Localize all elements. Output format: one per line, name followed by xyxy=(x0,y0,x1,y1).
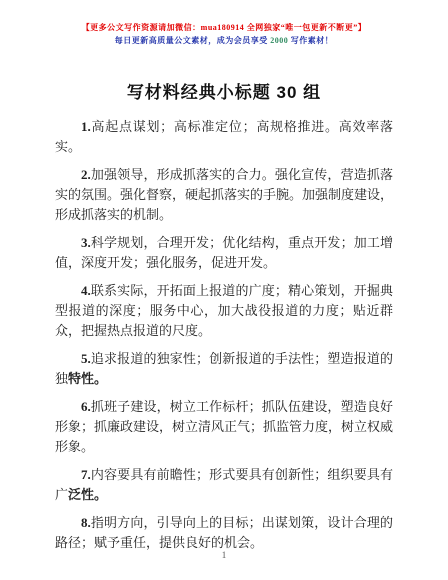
promo-line-1: 【更多公文写作资源请加微信：mua180914 全网独家“唯一包更新不断更”】 xyxy=(0,22,448,33)
paragraph-7-number: 7. xyxy=(81,467,91,482)
paragraph-7: 7.内容要具有前瞻性；形式要具有创新性；组织要具有广泛性。 xyxy=(55,465,393,505)
paragraph-2: 2.加强领导，形成抓落实的合力。强化宣传，营造抓落实的氛围。强化督察，硬起抓落实… xyxy=(55,165,393,225)
promo-header: 【更多公文写作资源请加微信：mua180914 全网独家“唯一包更新不断更”】 … xyxy=(0,0,448,46)
paragraph-6-number: 6. xyxy=(81,399,91,414)
paragraph-3-number: 3. xyxy=(81,235,91,250)
paragraph-1-text: 高起点谋划；高标准定位；高规格推进。高效率落实。 xyxy=(55,119,393,154)
paragraph-6-text: 抓班子建设，树立工作标杆；抓队伍建设，塑造良好形象；抓廉政建设，树立清风正气；抓… xyxy=(55,399,393,454)
paragraph-7-bold-tail: 泛性。 xyxy=(68,487,107,502)
promo-line-2-post: 写作素材！ xyxy=(288,36,333,45)
page-title: 写材料经典小标题 30 组 xyxy=(0,78,448,103)
paragraph-5-bold-tail: 特性。 xyxy=(68,371,107,386)
promo-line-2-pre: 每日更新高质量公文素材，成为会员享受 xyxy=(115,36,271,45)
paragraph-3-text: 科学规划，合理开发；优化结构，重点开发；加工增值，深度开发；强化服务，促进开发。 xyxy=(55,235,393,270)
paragraph-2-text: 加强领导，形成抓落实的合力。强化宣传，营造抓落实的氛围。强化督察，硬起抓落实的手… xyxy=(55,167,393,222)
paragraph-8-number: 8. xyxy=(81,515,91,530)
paragraph-6: 6.抓班子建设，树立工作标杆；抓队伍建设，塑造良好形象；抓廉政建设，树立清风正气… xyxy=(55,397,393,457)
paragraph-5: 5.追求报道的独家性；创新报道的手法性；塑造报道的独特性。 xyxy=(55,349,393,389)
document-body: 1.高起点谋划；高标准定位；高规格推进。高效率落实。 2.加强领导，形成抓落实的… xyxy=(55,117,393,553)
page-number: 1 xyxy=(222,550,227,560)
paragraph-2-number: 2. xyxy=(81,167,91,182)
page-footer: 1 xyxy=(0,550,448,560)
promo-line-2: 每日更新高质量公文素材，成为会员享受 2000 写作素材！ xyxy=(0,35,448,46)
paragraph-4: 4.联系实际，开拓面上报道的广度；精心策划，开掘典型报道的深度；服务中心，加大战… xyxy=(55,281,393,341)
paragraph-8: 8.指明方向，引导向上的目标；出谋划策，设计合理的路径；赋予重任，提供良好的机会… xyxy=(55,513,393,553)
paragraph-4-number: 4. xyxy=(81,283,91,298)
promo-line-2-count: 2000 xyxy=(270,36,288,45)
paragraph-4-text: 联系实际，开拓面上报道的广度；精心策划，开掘典型报道的深度；服务中心，加大战役报… xyxy=(55,283,393,338)
paragraph-5-number: 5. xyxy=(81,351,91,366)
document-page: 【更多公文写作资源请加微信：mua180914 全网独家“唯一包更新不断更”】 … xyxy=(0,0,448,580)
paragraph-3: 3.科学规划，合理开发；优化结构，重点开发；加工增值，深度开发；强化服务，促进开… xyxy=(55,233,393,273)
paragraph-8-text: 指明方向，引导向上的目标；出谋划策，设计合理的路径；赋予重任，提供良好的机会。 xyxy=(55,515,393,550)
paragraph-1-number: 1. xyxy=(81,119,91,134)
paragraph-1: 1.高起点谋划；高标准定位；高规格推进。高效率落实。 xyxy=(55,117,393,157)
